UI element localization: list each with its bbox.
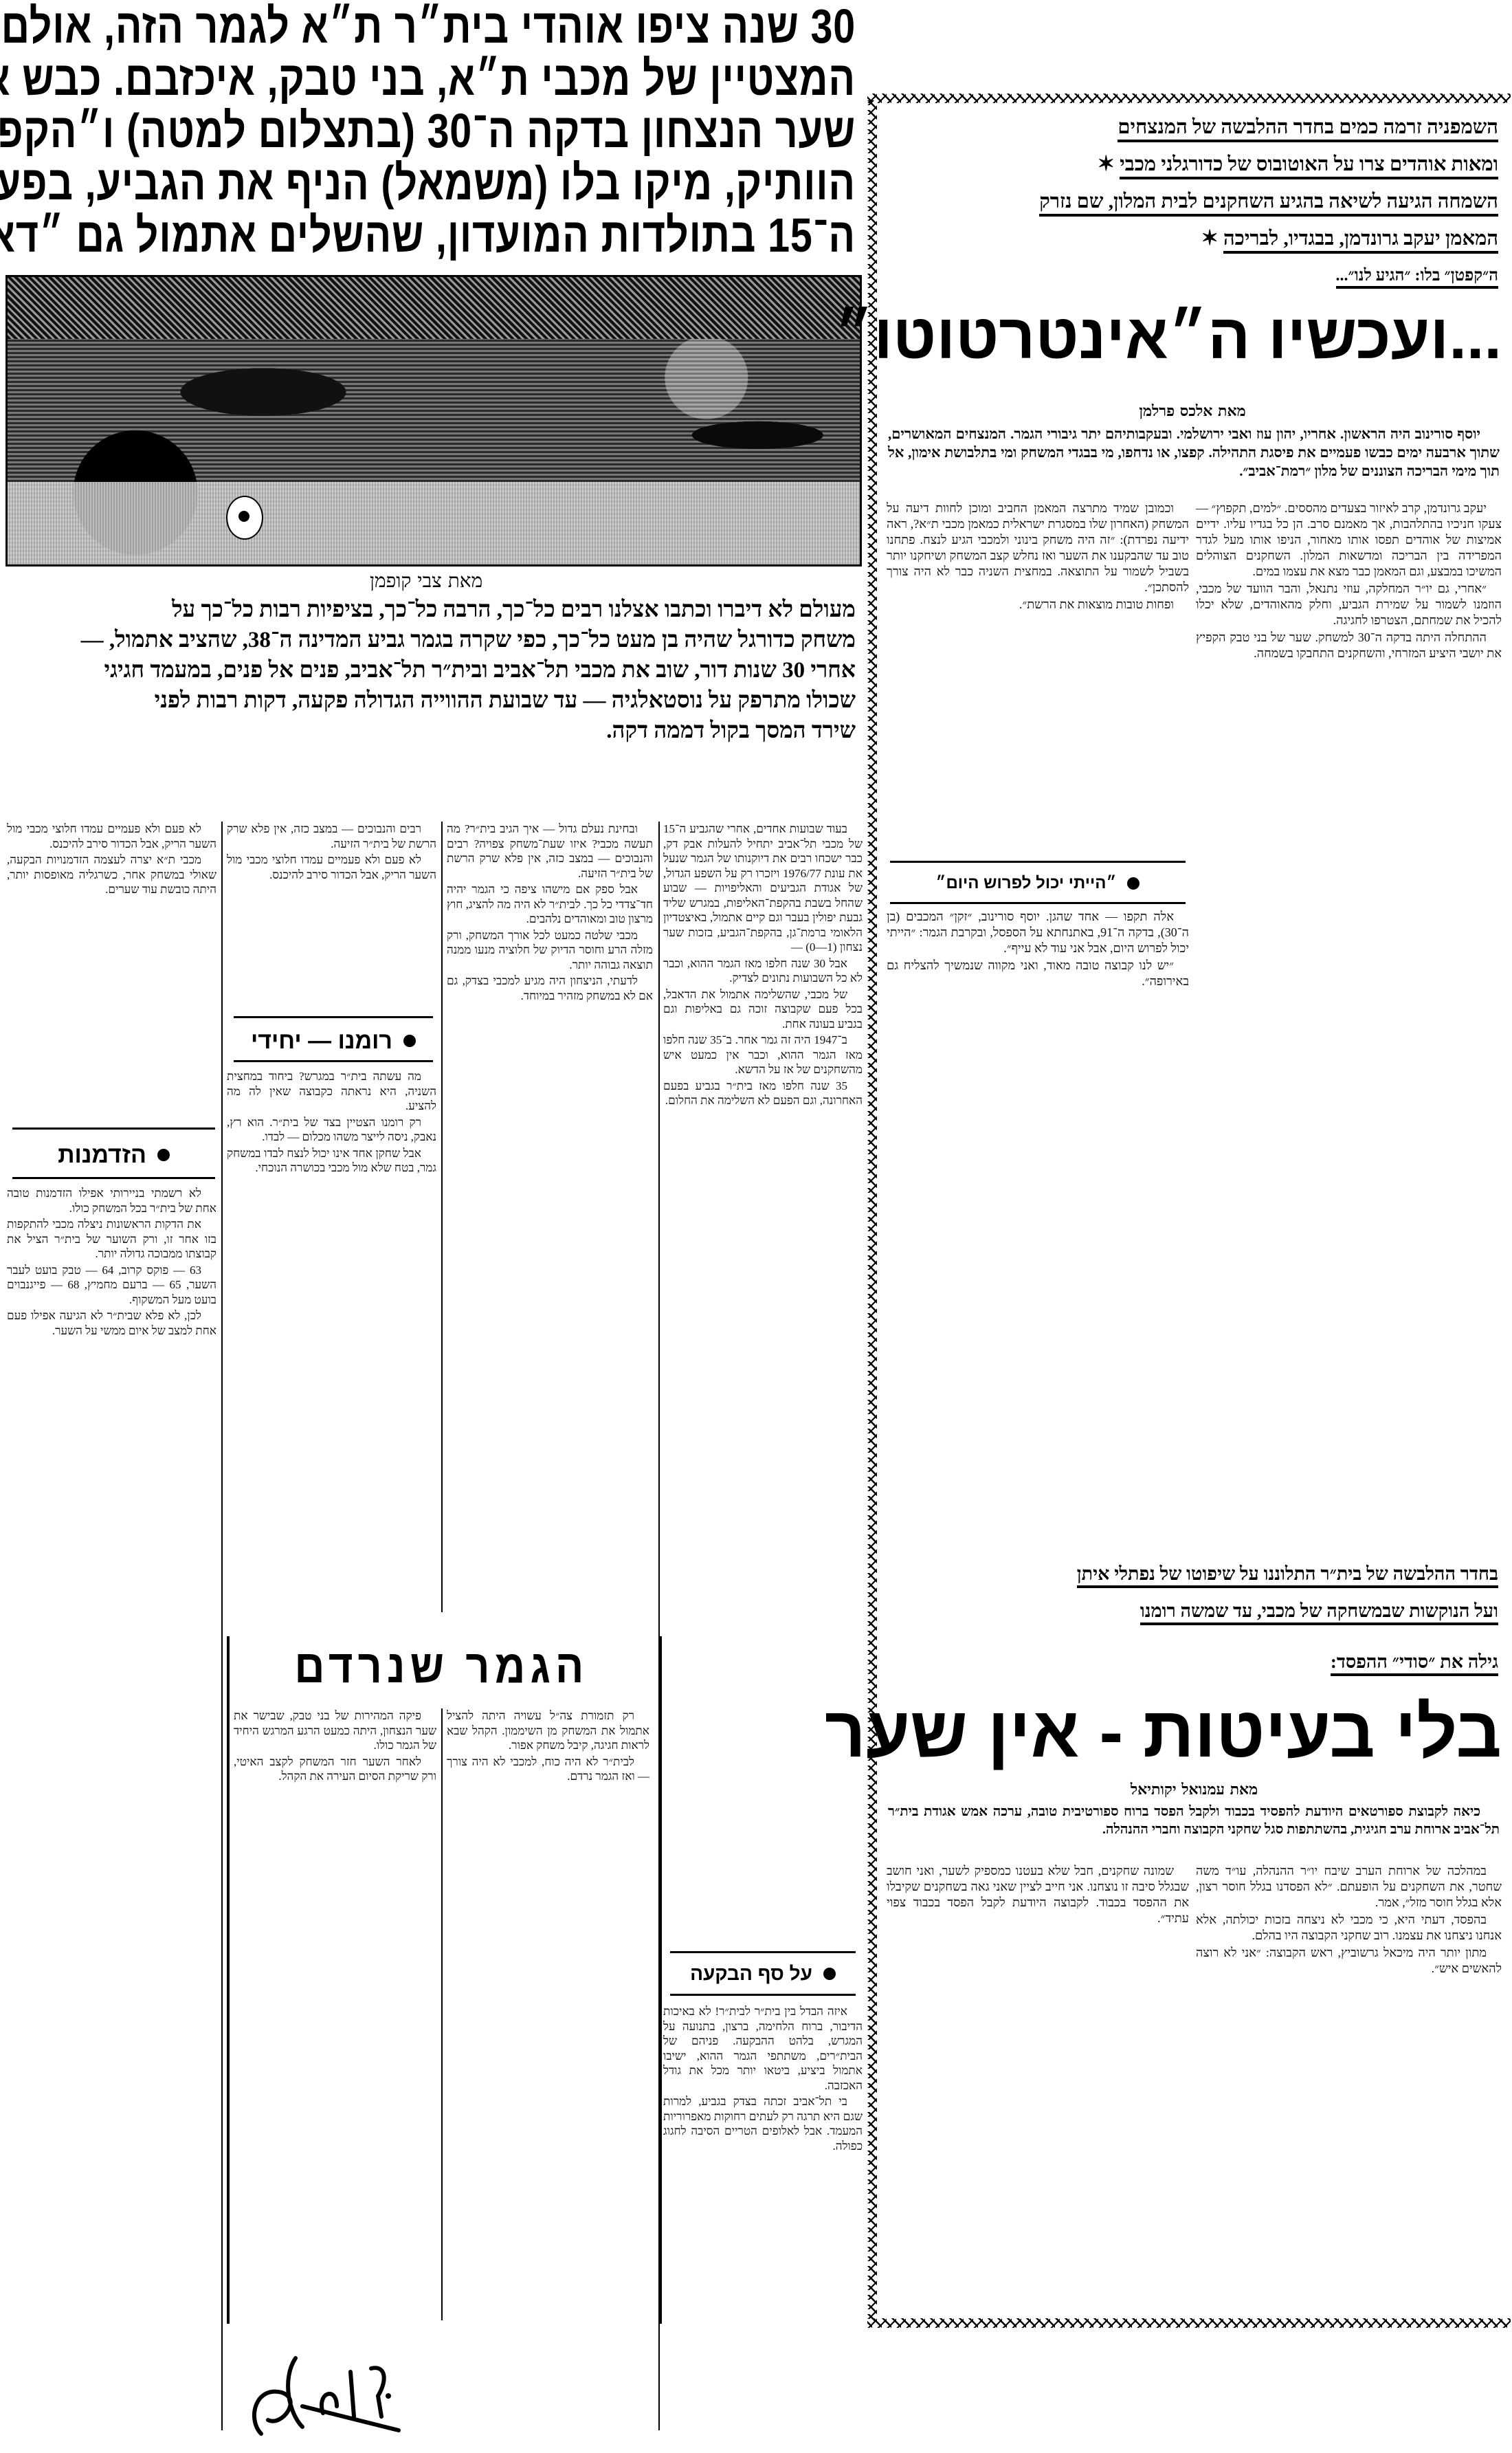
side-lede: יוסף סורינוב היה הראשון. אחריו, יהון עוז… (888, 425, 1500, 481)
bullet-icon (157, 1149, 170, 1161)
column-divider (441, 822, 443, 1612)
intro-line: אחרי 30 שנות דור, שוב את מכבי תל־אביב וב… (0, 655, 856, 685)
box-column-right: רק תזמורת צה״ל עשויה היתה להציל אתמול את… (447, 1708, 649, 2320)
paragraph: ״אחרי, גם יו״ר המחלקה, עוזי נתנאל, והבר … (1196, 581, 1502, 628)
side-kicker: השמפניה זרמה כמים בחדר ההלבשה של המנצחים… (893, 109, 1498, 294)
subhead-text: רומנו — יחידי (251, 1028, 392, 1055)
paragraph: במהלכה של ארוחת הערב שיבח יו״ר ההנהלה, ע… (1196, 1863, 1502, 1911)
column-divider (441, 1708, 443, 2320)
paragraph: יעקב גרונדמן, קרב לאיזור בצעדים מהססים. … (1196, 500, 1502, 580)
lede-text: כיאה לקבוצת ספורטאים היודעת להפסיד בכבוד… (888, 1803, 1500, 1838)
kicker-text: המאמן יעקב גרונדמן, בבגדיו, לבריכה (1223, 228, 1498, 254)
box-headline: הגמר שנרדם (254, 1640, 629, 1702)
paragraph: לאחר השער חזר המשחק לקצב האיטי, ורק שריק… (234, 1754, 436, 1784)
subhead-text: הזדמנות (58, 1142, 146, 1169)
subhead-opportunity: הזדמנות (12, 1138, 215, 1172)
paragraph: את הדקות הראשונות ניצלה מכבי להתקפות בזו… (7, 1217, 216, 1262)
intro-line: שירד המסך בקול דממה דקה. (0, 716, 856, 746)
star-icon: ✶ (1098, 153, 1115, 175)
wavy-border-bottom (867, 2318, 1511, 2328)
byline: מאת צבי קופמן (289, 569, 564, 593)
kicker-line: ועל הנוקשות שבמשחקה של מכבי, עד שמשה רומ… (893, 1592, 1498, 1629)
paragraph: רבים והנבוכים — במצב כזה, אין פלא שרק הר… (227, 822, 436, 851)
kicker-line: השמחה הגיעה לשיאה בהגיע השחקנים לבית המל… (893, 183, 1498, 220)
retire-column: אלה תקפו — אחד שהגן. יוסף סורינוב, ״זקן״… (887, 909, 1189, 1528)
paragraph: מכבי שלטה כמעט לכל אורך המשחק, ורק מזלה … (447, 928, 653, 973)
subhead-text: ״הייתי יכול לפרוש היום״ (936, 874, 1117, 893)
headline-line: המצטיין של מכבי ת״א, בני טבק, איכזבם. כב… (0, 52, 856, 104)
paragraph: מה עשתה בית״ר במגרש? ביחוד במחצית השניה,… (227, 1069, 436, 1114)
main-column-3: רבים והנבוכים — במצב כזה, אין פלא שרק הר… (227, 822, 436, 1007)
opportunity-column: לא רשמתי בניירותי אפילו הזדמנות טובה אחת… (7, 1186, 216, 2444)
paragraph: איזה הבדל בין בית״ר לבית״ר! לא באיכות הד… (663, 2004, 863, 2093)
headline-line: שער הנצחון בדקה ה־30 (בתצלום למטה) ו״הקפ… (0, 104, 856, 157)
side-column-left: וכמובן שמיד מתרצה המאמן החביב ומוכן לחוו… (887, 500, 1189, 837)
section-rule (12, 1177, 215, 1179)
author-signature: ירדנו! (241, 2331, 412, 2441)
side-headline: ...ועכשיו ה״אינטרטוטו״ (883, 285, 1502, 388)
paragraph: ובחינת נעלם גדול — איך הגיב בית״ר? מה תע… (447, 822, 653, 881)
bullet-icon (1127, 877, 1139, 890)
paragraph: אלה תקפו — אחד שהגן. יוסף סורינוב, ״זקן״… (887, 909, 1189, 956)
section-rule (670, 1951, 856, 1953)
wavy-border-left (867, 100, 877, 2321)
paragraph: וכמובן שמיד מתרצה המאמן החביב ומוכן לחוו… (887, 500, 1189, 595)
paragraph: 63 — פוקס קרוב, 64 — טבק בועט לעבר השער,… (7, 1263, 216, 1308)
box-column-left: פיקה המהירות של בני טבק, שבישר את שער הנ… (234, 1708, 436, 2320)
second-lede: כיאה לקבוצת ספורטאים היודעת להפסיד בכבוד… (888, 1803, 1500, 1838)
paragraph: בעוד שבועות אחדים, אחרי שהגביע ה־15 של מ… (663, 822, 863, 955)
paragraph: לבית״ר לא היה כוח, למכבי לא היה צורך — ו… (447, 1754, 649, 1784)
paragraph: אבל שחקן אחד אינו יכול לנצח לבדו במשחק ג… (227, 1146, 436, 1176)
paragraph: לא פעם ולא פעמיים עמדו חלוצי מכבי מול הש… (227, 852, 436, 882)
paragraph: פיקה המהירות של בני טבק, שבישר את שער הנ… (234, 1708, 436, 1753)
kicker-text: השמחה הגיעה לשיאה בהגיע השחקנים לבית המל… (1039, 190, 1498, 217)
paragraph: אבל 30 שנה חלפו מאז הגמר ההוא, וכבר לא כ… (663, 956, 863, 986)
headline-line: 30 שנה ציפו אוהדי בית״ר ת״א לגמר הזה, או… (0, 0, 856, 52)
kicker-text: השמפניה זרמה כמים בחדר ההלבשה של המנצחים (1118, 116, 1498, 142)
second-column-right: במהלכה של ארוחת הערב שיבח יו״ר ההנהלה, ע… (1196, 1863, 1502, 2317)
pitch (8, 482, 860, 564)
star-icon: ✶ (1201, 227, 1219, 250)
section-rule (12, 1127, 215, 1130)
section-rule (234, 1016, 433, 1018)
signature-icon (241, 2331, 412, 2441)
headline-line: ה־15 בתולדות המועדון, שהשלים אתמול גם ״ד… (0, 209, 856, 261)
main-column-1: בעוד שבועות אחדים, אחרי שהגביע ה־15 של מ… (663, 822, 863, 1757)
wavy-border-top (867, 93, 1511, 103)
stadium-stand (8, 277, 860, 339)
second-byline: מאת עמנואל יקותיאל (887, 1781, 1502, 1798)
intro-line: משחק כדורגל שהיה בן מעט כל־כך, כפי שקרה … (0, 625, 856, 655)
second-headline: בלי בעיטות - אין שער (887, 1684, 1502, 1781)
kicker-line: השמפניה זרמה כמים בחדר ההלבשה של המנצחים (893, 109, 1498, 146)
paragraph: לא פעם ולא פעמיים עמדו חלוצי מכבי מול הש… (7, 822, 216, 851)
paragraph: רק רומנו הצטיין בצד של בית״ר. הוא רץ, נא… (227, 1115, 436, 1145)
subhead-text: על סף הבקעה (690, 1963, 812, 1985)
main-column-4: לא פעם ולא פעמיים עמדו חלוצי מכבי מול הש… (7, 822, 216, 1062)
headline-line: הוותיק, מיקו בלו (משמאל) הניף את הגביע, … (0, 157, 856, 209)
lede-text: יוסף סורינוב היה הראשון. אחריו, יהון עוז… (888, 425, 1500, 481)
kicker-line: המאמן יעקב גרונדמן, בבגדיו, לבריכה ✶ (893, 220, 1498, 257)
intro-line: מעולם לא דיברו וכתבו אצלנו רבים כל־כך, ה… (0, 595, 856, 625)
intro-paragraph: מעולם לא דיברו וכתבו אצלנו רבים כל־כך, ה… (0, 595, 856, 746)
subhead-romano: רומנו — יחידי (234, 1024, 433, 1057)
bullet-icon (403, 1035, 416, 1047)
section-rule (234, 1060, 433, 1062)
second-kicker: בחדר ההלבשה של בית״ר התלוננו על שיפוטו ש… (893, 1555, 1498, 1629)
side-byline: מאת אלכס פרלמן (883, 402, 1502, 420)
bullet-icon (823, 1968, 836, 1980)
kicker-line: ומאות אוהדים צרו על האוטובוס של כדורגלני… (893, 146, 1498, 183)
paragraph: מתון יותר היה מיכאל גרשוביץ, ראש הקבוצה:… (1196, 1945, 1502, 1977)
paragraph: בהפסד, דעתי היא, כי מכבי לא ניצחה בזכות … (1196, 1912, 1502, 1944)
kicker-line: בחדר ההלבשה של בית״ר התלוננו על שיפוטו ש… (893, 1555, 1498, 1592)
intro-line: שכולו מתרפק על נוסטאלגיה — עד שבועת ההוו… (0, 685, 856, 716)
paragraph: ב־1947 היה זה גמר אחר. ב־35 שנה חלפו מאז… (663, 1033, 863, 1077)
section-rule (890, 902, 1186, 904)
football-icon (226, 496, 263, 540)
section-rule (890, 861, 1186, 863)
paragraph: של מכבי, שהשלימה אתמול את הדאבל, בכל פעם… (663, 987, 863, 1032)
paragraph: ופחות טובות מוצאות את הרשת״. (887, 597, 1189, 613)
section-rule (670, 1994, 856, 1996)
paragraph: אבל ספק אם מישהו ציפה כי הגמר יהיה חד־צד… (447, 882, 653, 927)
second-column-left: שמונה שחקנים, חבל שלא בעטנו כמספיק לשער,… (887, 1863, 1189, 2317)
paragraph: שמונה שחקנים, חבל שלא בעטנו כמספיק לשער,… (887, 1863, 1189, 1926)
kicker-text: גילה את ״סודי״ ההפסד: (1331, 1651, 1498, 1676)
paragraph: לכן, לא פלא שבית״ר לא הגיעה אפילו פעם אח… (7, 1308, 216, 1338)
paragraph: ״יש לנו קבוצה טובה מאוד, ואני מקווה שנמש… (887, 958, 1189, 989)
side-column-right: יעקב גרונדמן, קרב לאיזור בצעדים מהססים. … (1196, 500, 1502, 1532)
paragraph: ההתחלה היתה בדקה ה־30 למשחק. שער של בני … (1196, 630, 1502, 661)
paragraph: רק תזמורת צה״ל עשויה היתה להציל אתמול את… (447, 1708, 649, 1753)
subhead-retire: ״הייתי יכול לפרוש היום״ (890, 868, 1186, 899)
column-divider (221, 822, 223, 2430)
paragraph: 35 שנה חלפו מאז בית״ר בגביע בפעם האחרונה… (663, 1079, 863, 1108)
subhead-on-the-verge: על סף הבקעה (670, 1958, 856, 1990)
romano-column: מה עשתה בית״ר במגרש? ביחוד במחצית השניה,… (227, 1069, 436, 1612)
paragraph: מכבי ת״א יצרה לעצמה הזדמנויות הבקעה, שאו… (7, 852, 216, 897)
kicker-text: ועל הנוקשות שבמשחקה של מכבי, עד שמשה רומ… (1140, 1600, 1498, 1625)
verge-column: איזה הבדל בין בית״ר לבית״ר! לא באיכות הד… (663, 2004, 863, 2444)
paragraph: לדעתי, הניצחון היה מגיע למכבי בצדק, גם א… (447, 973, 653, 1003)
main-headline: 30 שנה ציפו אוהדי בית״ר ת״א לגמר הזה, או… (0, 0, 856, 261)
main-column-2: ובחינת נעלם גדול — איך הגיב בית״ר? מה תע… (447, 822, 653, 1612)
football-match-photo (5, 275, 862, 566)
paragraph: לא רשמתי בניירותי אפילו הזדמנות טובה אחת… (7, 1186, 216, 1215)
paragraph: בי תל־אביב זכתה בצדק בגביע, למרות שגם הי… (663, 2094, 863, 2153)
kicker-text: בחדר ההלבשה של בית״ר התלוננו על שיפוטו ש… (1077, 1563, 1498, 1588)
small-kicker: גילה את ״סודי״ ההפסד: (893, 1643, 1498, 1680)
kicker-text: ומאות אוהדים צרו על האוטובוס של כדורגלני… (1120, 153, 1498, 179)
